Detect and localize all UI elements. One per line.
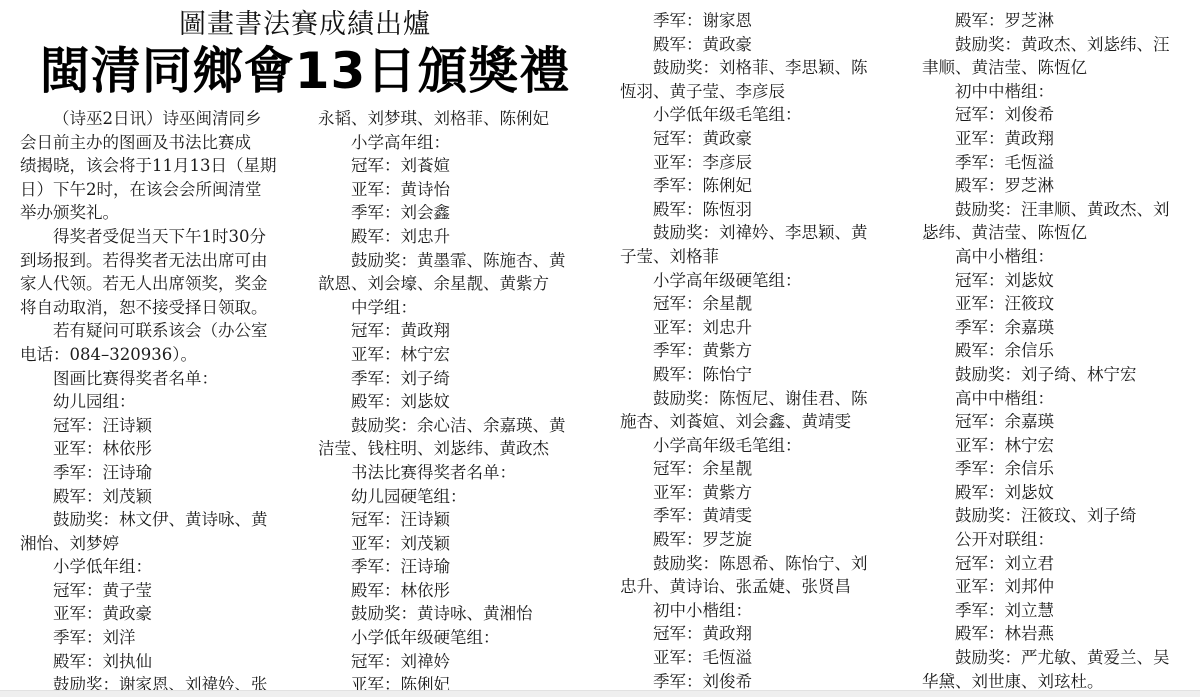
article-line: 殿军：刘执仙 <box>20 650 300 674</box>
article-line: 冠军：黄政翔 <box>318 319 603 343</box>
article-column-4: 殿军：罗芝淋鼓励奖：黄政杰、刘毖纬、汪聿顺、黄洁莹、陈恆亿初中中楷组：冠军：刘俊… <box>922 9 1197 693</box>
article-line: 图画比赛得奖者名单： <box>20 367 300 391</box>
article-line: 季军：黄紫方 <box>620 339 910 363</box>
article-line: 聿顺、黄洁莹、陈恆亿 <box>922 56 1197 80</box>
article-line: 小学低年级毛笔组： <box>620 103 910 127</box>
article-line: 施杏、刘䓹媗、刘会鑫、黄靖雯 <box>620 410 910 434</box>
article-line: 冠军：黄政豪 <box>620 127 910 151</box>
article-line: 季军：谢家恩 <box>620 9 910 33</box>
article-line: 季军：汪诗瑜 <box>20 461 300 485</box>
article-line: 亚军：黄诗怡 <box>318 178 603 202</box>
article-line: 冠军：刘立君 <box>922 552 1197 576</box>
article-line: 家人代领。若无人出席领奖，奖金 <box>20 272 300 296</box>
article-line: 小学低年级硬笔组： <box>318 626 603 650</box>
article-line: 亚军：李彦辰 <box>620 151 910 175</box>
article-line: 绩揭晓，该会将于11月13日（星期 <box>20 154 300 178</box>
article-line: 殿军：刘茂颖 <box>20 485 300 509</box>
article-line: 殿军：罗芝淋 <box>922 9 1197 33</box>
article-line: 亚军：林宁宏 <box>922 434 1197 458</box>
article-column-3: 季军：谢家恩殿军：黄政豪鼓励奖：刘格菲、李思颖、陈恆羽、黄子莹、李彦辰小学低年级… <box>620 9 910 693</box>
article-line: 鼓励奖：汪聿顺、黄政杰、刘 <box>922 198 1197 222</box>
article-line: （诗巫2日讯）诗巫闽清同乡 <box>20 107 300 131</box>
article-line: 日）下午2时，在该会会所闽清堂 <box>20 178 300 202</box>
article-line: 殿军：林岩燕 <box>922 622 1197 646</box>
article-line: 将自动取消，恕不接受择日领取。 <box>20 296 300 320</box>
article-line: 高中小楷组： <box>922 245 1197 269</box>
article-line: 鼓励奖：黄政杰、刘毖纬、汪 <box>922 33 1197 57</box>
article-line: 殿军：刘毖妏 <box>922 481 1197 505</box>
article-line: 若有疑问可联系该会（办公室 <box>20 319 300 343</box>
article-line: 亚军：黄政豪 <box>20 602 300 626</box>
article-line: 亚军：刘邦仲 <box>922 575 1197 599</box>
headline-title: 閩清同鄉會13日頒獎禮 <box>0 42 610 100</box>
article-line: 亚军：刘茂颖 <box>318 532 603 556</box>
article-line: 冠军：刘俊希 <box>922 103 1197 127</box>
article-line: 公开对联组： <box>922 528 1197 552</box>
article-line: 亚军：毛恆溢 <box>620 646 910 670</box>
bottom-divider <box>0 690 1200 697</box>
article-line: 殿军：陈怡宁 <box>620 363 910 387</box>
article-line: 鼓励奖：汪筱玟、刘子绮 <box>922 504 1197 528</box>
article-line: 毖纬、黄洁莹、陈恆亿 <box>922 221 1197 245</box>
newspaper-clipping: 圖畫書法賽成績出爐 閩清同鄉會13日頒獎禮 （诗巫2日讯）诗巫闽清同乡会日前主办… <box>0 0 1200 697</box>
article-line: 季军：汪诗瑜 <box>318 555 603 579</box>
article-line: 亚军：林宁宏 <box>318 343 603 367</box>
article-line: 鼓励奖：黄诗咏、黄湘怡 <box>318 602 603 626</box>
article-line: 电话：084–320936）。 <box>20 343 300 367</box>
article-line: 季军：刘洋 <box>20 626 300 650</box>
article-line: 殿军：罗芝旋 <box>620 528 910 552</box>
article-line: 子莹、刘格菲 <box>620 245 910 269</box>
article-line: 冠军：黄子莹 <box>20 579 300 603</box>
article-line: 季军：刘立慧 <box>922 599 1197 623</box>
article-line: 冠军：余星靓 <box>620 457 910 481</box>
article-line: 亚军：刘忠升 <box>620 316 910 340</box>
article-line: 亚军：林依彤 <box>20 437 300 461</box>
article-line: 亚军：汪筱玟 <box>922 292 1197 316</box>
article-line: 得奖者受促当天下午1时30分 <box>20 225 300 249</box>
article-line: 高中中楷组： <box>922 387 1197 411</box>
article-line: 季军：黄靖雯 <box>620 504 910 528</box>
headline-kicker: 圖畫書法賽成績出爐 <box>0 8 610 42</box>
article-line: 鼓励奖：刘格菲、李思颖、陈 <box>620 56 910 80</box>
article-line: 会日前主办的图画及书法比赛成 <box>20 131 300 155</box>
article-line: 鼓励奖：刘禕妗、李思颖、黄 <box>620 221 910 245</box>
article-line: 鼓励奖：陈恆尼、谢佳君、陈 <box>620 387 910 411</box>
article-line: 永韬、刘梦琪、刘格菲、陈俐妃 <box>318 107 603 131</box>
article-line: 幼儿园组： <box>20 390 300 414</box>
article-line: 幼儿园硬笔组： <box>318 485 603 509</box>
article-line: 忠升、黄诗诒、张孟婕、张贤昌 <box>620 575 910 599</box>
article-line: 殿军：刘毖妏 <box>318 390 603 414</box>
article-line: 季军：刘子绮 <box>318 367 603 391</box>
article-line: 冠军：余星靓 <box>620 292 910 316</box>
article-line: 季军：陈俐妃 <box>620 174 910 198</box>
article-line: 殿军：林依彤 <box>318 579 603 603</box>
article-column-2: 永韬、刘梦琪、刘格菲、陈俐妃小学高年组：冠军：刘䓹媗亚军：黄诗怡季军：刘会鑫殿军… <box>318 107 603 697</box>
article-line: 初中小楷组： <box>620 599 910 623</box>
article-line: 冠军：刘毖妏 <box>922 269 1197 293</box>
article-line: 中学组： <box>318 296 603 320</box>
article-line: 殿军：刘忠升 <box>318 225 603 249</box>
article-line: 小学高年级硬笔组： <box>620 269 910 293</box>
article-line: 鼓励奖：严尤敏、黄爱兰、吴 <box>922 646 1197 670</box>
article-line: 鼓励奖：陈恩希、陈怡宁、刘 <box>620 552 910 576</box>
headline-block: 圖畫書法賽成績出爐 閩清同鄉會13日頒獎禮 <box>0 0 610 106</box>
article-line: 殿军：黄政豪 <box>620 33 910 57</box>
article-line: 到场报到。若得奖者无法出席可由 <box>20 249 300 273</box>
article-line: 季军：毛恆溢 <box>922 151 1197 175</box>
article-line: 小学高年组： <box>318 131 603 155</box>
article-line: 初中中楷组： <box>922 80 1197 104</box>
article-line: 冠军：刘禕妗 <box>318 650 603 674</box>
article-line: 季军：刘会鑫 <box>318 201 603 225</box>
article-line: 殿军：余信乐 <box>922 339 1197 363</box>
article-line: 恆羽、黄子莹、李彦辰 <box>620 80 910 104</box>
article-line: 季军：余嘉瑛 <box>922 316 1197 340</box>
article-line: 冠军：黄政翔 <box>620 622 910 646</box>
article-line: 冠军：汪诗颖 <box>318 508 603 532</box>
article-column-1: （诗巫2日讯）诗巫闽清同乡会日前主办的图画及书法比赛成绩揭晓，该会将于11月13… <box>20 107 300 697</box>
article-line: 小学高年级毛笔组： <box>620 434 910 458</box>
article-line: 冠军：余嘉瑛 <box>922 410 1197 434</box>
article-line: 湘怡、刘梦婷 <box>20 532 300 556</box>
article-line: 亚军：黄紫方 <box>620 481 910 505</box>
article-line: 季军：余信乐 <box>922 457 1197 481</box>
article-line: 举办颁奖礼。 <box>20 201 300 225</box>
article-line: 殿军：陈恆羽 <box>620 198 910 222</box>
article-line: 冠军：刘䓹媗 <box>318 154 603 178</box>
article-line: 歆恩、刘会壕、余星靓、黄紫方 <box>318 272 603 296</box>
article-line: 洁莹、钱柱明、刘毖纬、黄政杰 <box>318 437 603 461</box>
article-line: 书法比赛得奖者名单： <box>318 461 603 485</box>
article-line: 鼓励奖：刘子绮、林宁宏 <box>922 363 1197 387</box>
article-line: 殿军：罗芝淋 <box>922 174 1197 198</box>
article-line: 鼓励奖：黄墨霏、陈施杏、黄 <box>318 249 603 273</box>
article-line: 亚军：黄政翔 <box>922 127 1197 151</box>
article-line: 小学低年组： <box>20 555 300 579</box>
article-line: 冠军：汪诗颖 <box>20 414 300 438</box>
article-line: 鼓励奖：余心洁、余嘉瑛、黄 <box>318 414 603 438</box>
article-line: 鼓励奖：林文伊、黄诗咏、黄 <box>20 508 300 532</box>
